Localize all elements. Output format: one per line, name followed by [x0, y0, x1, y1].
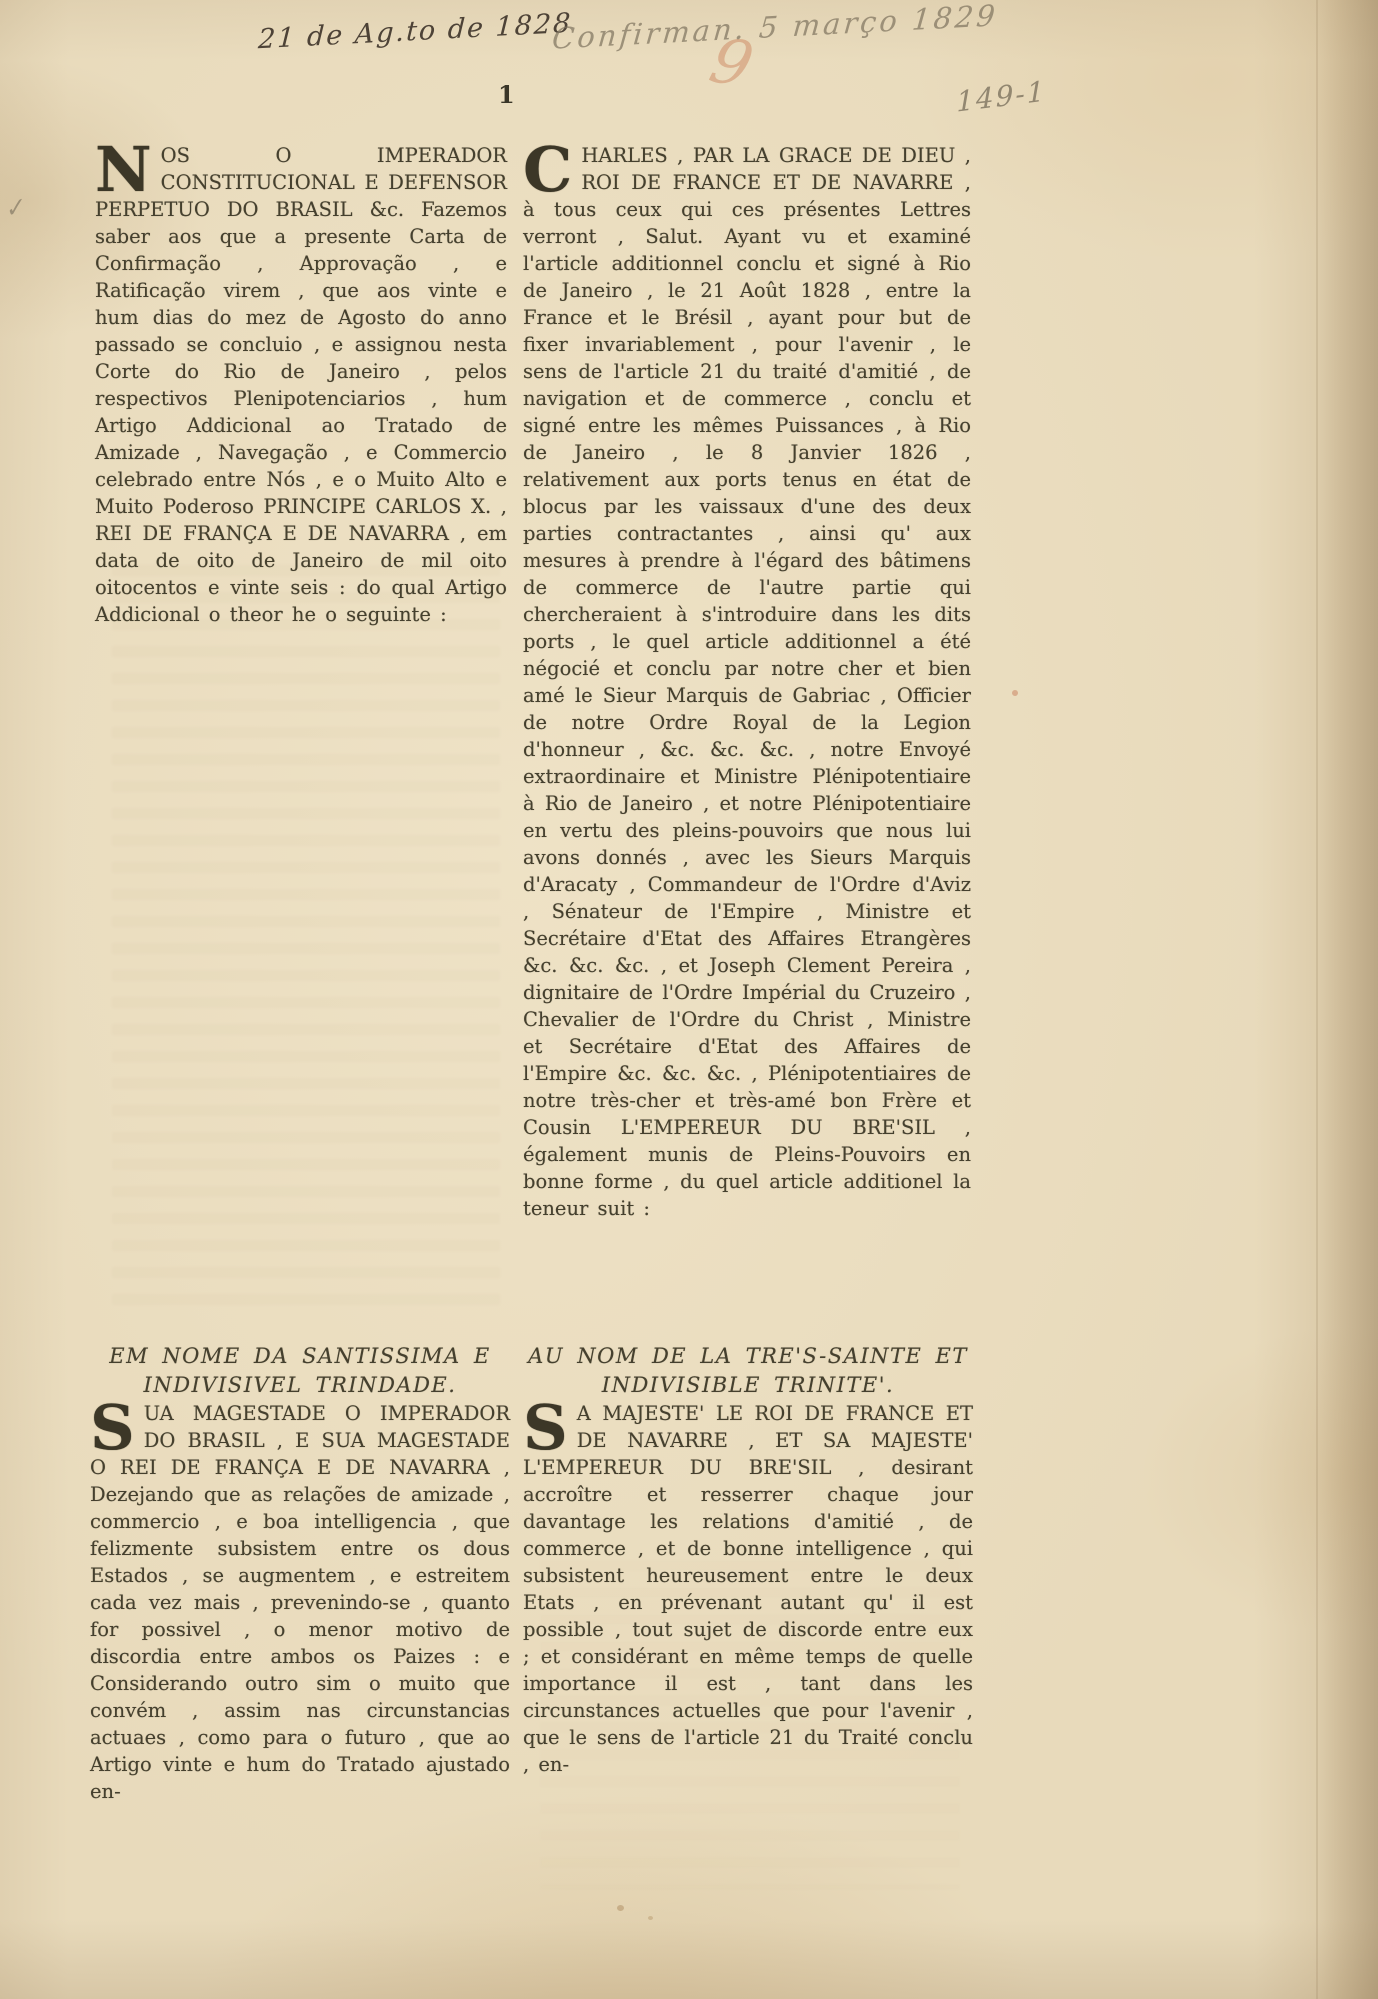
french-second-paragraph: SA MAJESTE' LE ROI DE FRANCE ET DE NAVAR… — [523, 1400, 973, 1778]
portuguese-second-text: UA MAGESTADE O IMPERADOR DO BRASIL , E S… — [90, 1402, 510, 1803]
french-column-opening: CHARLES , PAR LA GRACE DE DIEU , ROI DE … — [523, 142, 971, 1222]
paper-right-edge — [1316, 0, 1378, 1999]
dropcap-letter-c: C — [523, 142, 581, 194]
ink-bleedthrough-texture — [112, 565, 500, 1315]
foxing-spot — [648, 1916, 653, 1920]
french-invocation-heading: AU NOM DE LA TRE'S-SAINTE ET INDIVISIBLE… — [523, 1342, 973, 1400]
dropcap-letter-s: S — [523, 1400, 577, 1452]
portuguese-column-opening: NOS O IMPERADOR CONSTITUCIONAL E DEFENSO… — [95, 142, 507, 628]
paper-edge-line — [1316, 0, 1318, 1999]
portuguese-column-lower: EM NOME DA SANTISSIMA E INDIVISIVEL TRIN… — [90, 1342, 510, 1805]
dropcap-letter-s: S — [90, 1400, 144, 1452]
foxing-spot — [1012, 690, 1018, 696]
french-opening-paragraph: CHARLES , PAR LA GRACE DE DIEU , ROI DE … — [523, 142, 971, 1222]
dropcap-letter-n: N — [95, 142, 161, 194]
foxing-spot — [617, 1905, 624, 1911]
handwritten-ink-date: 21 de Ag.to de 1828 — [257, 8, 573, 56]
french-column-lower: AU NOM DE LA TRE'S-SAINTE ET INDIVISIBLE… — [523, 1342, 973, 1778]
portuguese-opening-paragraph: NOS O IMPERADOR CONSTITUCIONAL E DEFENSO… — [95, 142, 507, 628]
portuguese-opening-text: OS O IMPERADOR CONSTITUCIONAL E DEFENSOR… — [95, 144, 507, 626]
french-opening-text: HARLES , PAR LA GRACE DE DIEU , ROI DE F… — [523, 144, 971, 1220]
printed-page-number: 1 — [498, 80, 516, 109]
portuguese-second-paragraph: SUA MAGESTADE O IMPERADOR DO BRASIL , E … — [90, 1400, 510, 1805]
pencil-folio-number: 149-1 — [956, 74, 1047, 118]
document-page: 21 de Ag.to de 1828 Confirman. 5 março 1… — [0, 0, 1378, 1999]
handwritten-pencil-confirmation-note: Confirman. 5 março 1829 — [551, 0, 1000, 56]
pencil-margin-mark: ✓ — [1, 192, 27, 224]
portuguese-invocation-heading: EM NOME DA SANTISSIMA E INDIVISIVEL TRIN… — [90, 1342, 510, 1400]
french-second-text: A MAJESTE' LE ROI DE FRANCE ET DE NAVARR… — [523, 1402, 973, 1776]
